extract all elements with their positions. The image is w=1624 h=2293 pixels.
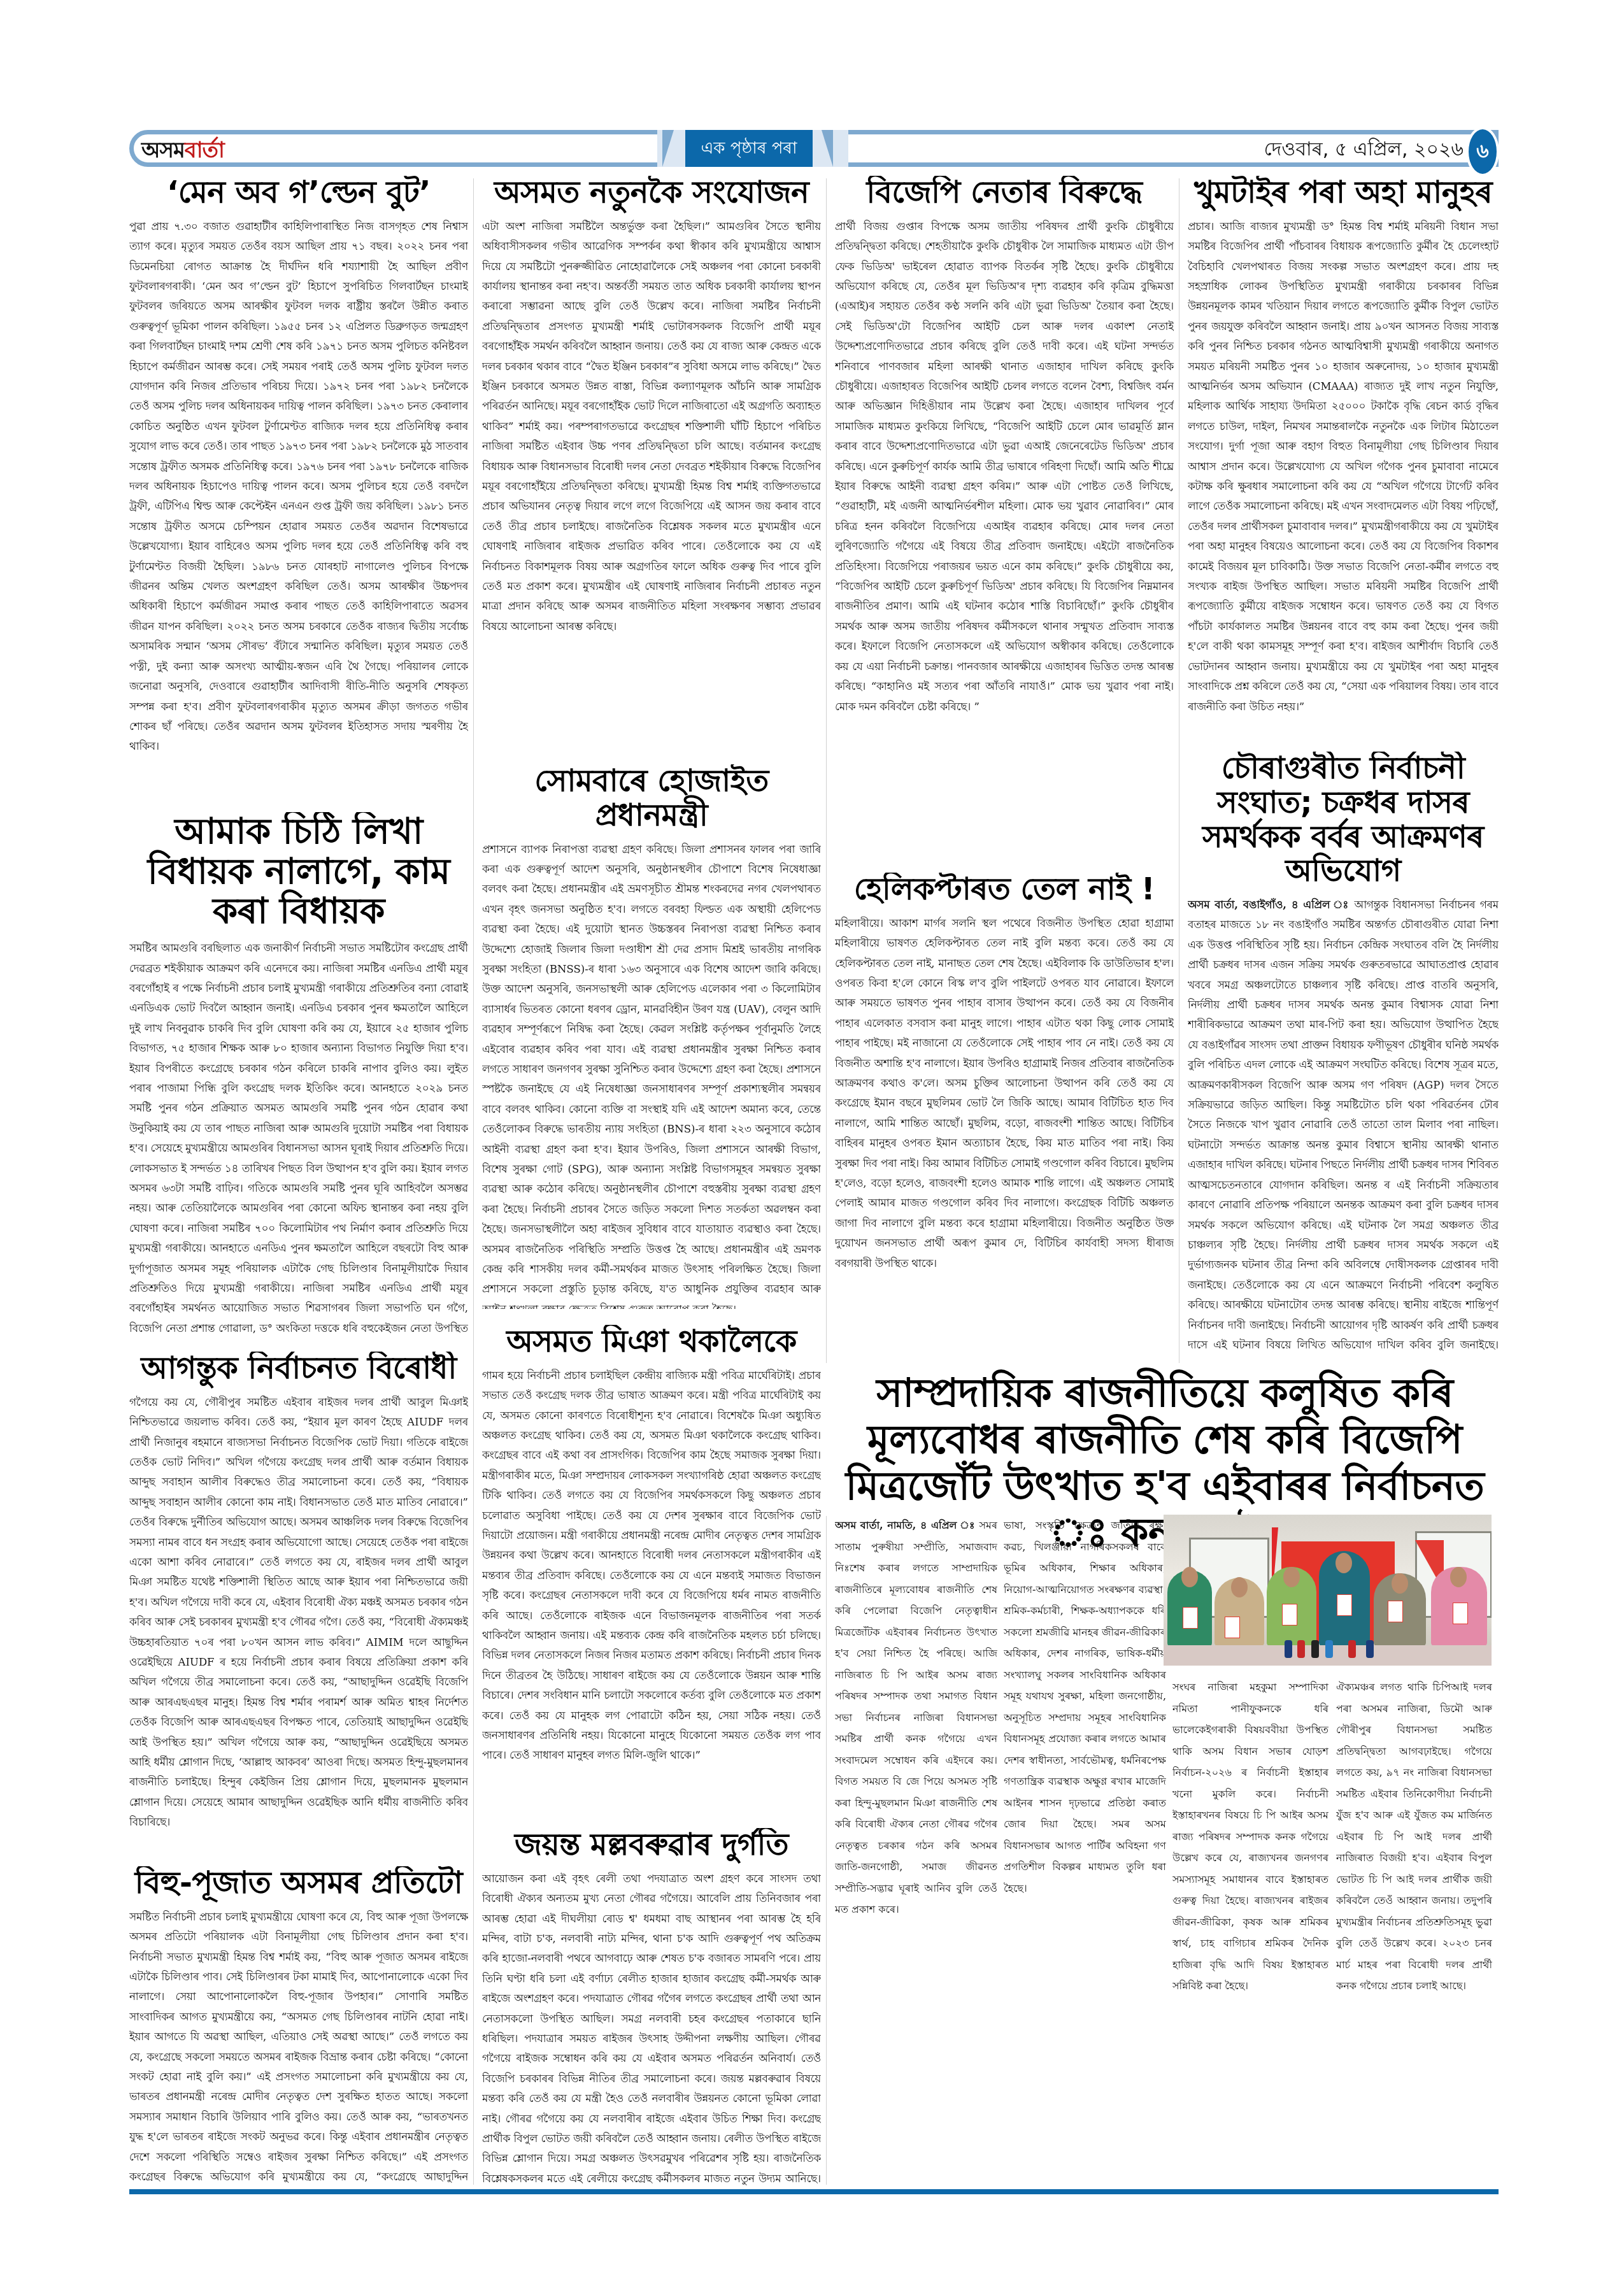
microphone xyxy=(1285,1640,1292,1658)
column-divider xyxy=(826,178,827,1363)
article-khumtai: খুমটাইৰ পৰা অহা মানুহৰ প্ৰচাৰ। আজি ৰাজ্য… xyxy=(1188,176,1499,749)
article-text: সমৰ সাতাম পুৰুষীয়া সম্প্ৰীতি, সমাজবাদ ন… xyxy=(835,1519,997,1915)
footer-bar xyxy=(129,2189,1499,2194)
article-mla-letters: আমাক চিঠি লিখা বিধায়ক নালাগে, কাম কৰা ব… xyxy=(129,812,468,1334)
tab-wedge-right xyxy=(822,130,833,167)
article-golden-boot: ‘মেন অব গ’ল্ডেন বুট’ পুৱা প্ৰায় ৭.৩০ বজ… xyxy=(129,176,468,794)
column-divider xyxy=(1179,178,1179,1363)
article-body: অসম বাৰ্তা, নামতি, ৪ এপ্ৰিল ঃ সমৰ সাতাম … xyxy=(835,1515,997,1920)
headline: আমাক চিঠি লিখা বিধায়ক নালাগে, কাম কৰা ব… xyxy=(129,812,468,932)
article-new-addition: অসমত নতুনকৈ সংযোজন এটা অংশ নাজিৰা সমষ্টি… xyxy=(482,176,821,749)
article-body: ভাষা, সংস্কৃতি ক্ষেত্ৰত জাতীয় ৰক্ষা কৱচ… xyxy=(1004,1515,1166,1899)
microphone xyxy=(1297,1640,1305,1658)
person-head xyxy=(1450,1567,1467,1587)
manifesto-pamphlet xyxy=(1388,1601,1403,1622)
tab-wedge-left xyxy=(662,130,674,167)
manifesto-pamphlet xyxy=(1282,1604,1297,1625)
article-miya: অসমত মিঞা থকালৈকে গামৰ হয়ে নিৰ্বাচনী প্… xyxy=(482,1325,821,1809)
dateline: অসম বাৰ্তা, নামতি, ৪ এপ্ৰিল ঃ xyxy=(835,1519,975,1531)
article-body: এটা অংশ নাজিৰা সমষ্টিলৈ অন্তৰ্ভুক্ত কৰা … xyxy=(482,217,821,637)
manifesto-pamphlet xyxy=(1183,1607,1198,1629)
article-body: আয়োজন কৰা এই বৃহৎ ৰেলী তথা পদযাত্ৰাত অং… xyxy=(482,1869,821,2188)
kanak-subcolumn-4: ঐক্যমঞ্চৰ লগত থাকি চিপিআই দলৰ পৰা অসমৰ ন… xyxy=(1336,1676,1492,2186)
headline: অসমত নতুনকৈ সংযোজন xyxy=(482,176,821,210)
person-head xyxy=(1231,1577,1248,1597)
headline: আগন্তুক নিৰ্বাচনত বিৰোধী xyxy=(129,1352,468,1386)
article-body: মহিলাৰীয়ে। আকাশ মাৰ্গৰ সলনি স্থল পথেৰে … xyxy=(835,913,1174,1273)
article-body: প্ৰশাসনে ব্যাপক নিৰাপত্তা ব্যৱস্থা গ্ৰহণ… xyxy=(482,839,821,1310)
kanak-subcolumn-2: ভাষা, সংস্কৃতি ক্ষেত্ৰত জাতীয় ৰক্ষা কৱচ… xyxy=(1004,1515,1166,2187)
headline: ‘মেন অব গ’ল্ডেন বুট’ xyxy=(129,176,468,210)
kanak-subcolumn-1: অসম বাৰ্তা, নামতি, ৪ এপ্ৰিল ঃ সমৰ সাতাম … xyxy=(835,1515,997,2187)
microphone xyxy=(1348,1640,1356,1658)
brand-logo: অসমবাৰ্তা xyxy=(141,137,224,164)
microphone xyxy=(1366,1640,1374,1658)
column-divider xyxy=(473,178,474,2185)
brand-part-2: বাৰ্তা xyxy=(185,138,224,163)
headline: সোমবাৰে হোজাইত প্ৰধানমন্ত্ৰী xyxy=(482,764,821,833)
person-head xyxy=(1336,1553,1352,1573)
article-body: অসম বাৰ্তা, বঙাইগাঁও, ৪ এপ্ৰিল ঃ আগন্তুক… xyxy=(1188,895,1499,1357)
article-body: ঐক্যমঞ্চৰ লগত থাকি চিপিআই দলৰ পৰা অসমৰ ন… xyxy=(1336,1676,1492,1997)
headline: অসমত মিঞা থকালৈকে xyxy=(482,1325,821,1359)
article-text: আগন্তুক বিধানসভা নিৰ্বাচনৰ গৰম বতাহৰ মাজ… xyxy=(1188,899,1499,1357)
manifesto-pamphlet xyxy=(1337,1594,1352,1616)
article-body: সংঘৰ নাজিৰা মহকুমা সম্পাদিকা নমিতা পানীফ… xyxy=(1172,1676,1328,1997)
person-head xyxy=(1283,1567,1300,1587)
newspaper-page: অসমবাৰ্তা এক পৃষ্ঠাৰ পৰা দেওবাৰ, ৫ এপ্ৰি… xyxy=(129,127,1499,2194)
article-jayanta: জয়ন্ত মল্লবৰুৱাৰ দুৰ্গতি আয়োজন কৰা এই … xyxy=(482,1828,821,2188)
masthead: অসমবাৰ্তা এক পৃষ্ঠাৰ পৰা দেওবাৰ, ৫ এপ্ৰি… xyxy=(129,130,1499,167)
dateline: অসম বাৰ্তা, বঙাইগাঁও, ৪ এপ্ৰিল ঃ xyxy=(1188,899,1350,911)
article-body: সমষ্টিৰ আমগুৰি বৰছিলাত এক জনাকীৰ্ণ নিৰ্ব… xyxy=(129,938,468,1334)
headline: বিজেপি নেতাৰ বিৰুদ্ধে xyxy=(835,176,1174,210)
article-helicopter: হেলিকপ্টাৰত তেল নাই ! মহিলাৰীয়ে। আকাশ ম… xyxy=(835,873,1174,1357)
article-bihu-puja: বিহু-পূজাত অসমৰ প্ৰতিটো সমষ্টিত নিৰ্বাচন… xyxy=(129,1866,468,2188)
issue-date: দেওবাৰ, ৫ এপ্ৰিল, ২০২৬ xyxy=(1264,136,1464,164)
column-divider xyxy=(826,1516,827,2185)
brand-part-1: অসম xyxy=(141,138,185,163)
article-body: প্ৰচাৰ। আজি ৰাজ্যৰ মুখ্যমন্ত্ৰী ড° হিমন্… xyxy=(1188,217,1499,717)
article-body: পুৱা প্ৰায় ৭.৩০ বজাত গুৱাহাটীৰ কাহিলিপা… xyxy=(129,217,468,757)
article-body: গগৈয়ে কয় যে, গৌৰীপুৰ সমষ্টিত এইবাৰ ৰাই… xyxy=(129,1392,468,1832)
person-head xyxy=(1181,1567,1198,1587)
person-head xyxy=(1392,1573,1408,1594)
kanak-subcolumn-3: সংঘৰ নাজিৰা মহকুমা সম্পাদিকা নমিতা পানীফ… xyxy=(1172,1676,1328,2186)
headline: হেলিকপ্টাৰত তেল নাই ! xyxy=(835,873,1174,907)
article-body: সমষ্টিত নিৰ্বাচনী প্ৰচাৰ চলাই মুখ্যমন্ত্… xyxy=(129,1907,468,2188)
manifesto-pamphlet xyxy=(1453,1603,1468,1624)
article-bjp-leader: বিজেপি নেতাৰ বিৰুদ্ধে প্ৰাৰ্থী বিজয় গুপ… xyxy=(835,176,1174,870)
press-conference-photo xyxy=(1164,1515,1492,1666)
article-body: প্ৰাৰ্থী বিজয় গুপ্তাৰ বিপক্ষে অসম জাতীয… xyxy=(835,217,1174,717)
manifesto-pamphlet xyxy=(1225,1617,1240,1638)
headline: খুমটাইৰ পৰা অহা মানুহৰ xyxy=(1188,176,1499,210)
article-body: গামৰ হয়ে নিৰ্বাচনী প্ৰচাৰ চলাইছিল কেন্দ… xyxy=(482,1366,821,1766)
page-number-badge: ৬ xyxy=(1466,127,1499,176)
headline: চৌৰাগুৰীত নিৰ্বাচনী সংঘাত; চক্ৰধৰ দাসৰ স… xyxy=(1188,752,1499,889)
section-tab: এক পৃষ্ঠাৰ পৰা xyxy=(685,130,813,167)
headline: জয়ন্ত মল্লবৰুৱাৰ দুৰ্গতি xyxy=(482,1828,821,1862)
article-chowraguri: চৌৰাগুৰীত নিৰ্বাচনী সংঘাত; চক্ৰধৰ দাসৰ স… xyxy=(1188,752,1499,1357)
article-opposition: আগন্তুক নিৰ্বাচনত বিৰোধী গগৈয়ে কয় যে, … xyxy=(129,1352,468,1855)
microphone xyxy=(1311,1640,1319,1658)
article-pm-hojai: সোমবাৰে হোজাইত প্ৰধানমন্ত্ৰী প্ৰশাসনে ব্… xyxy=(482,764,821,1309)
microphone xyxy=(1325,1640,1333,1658)
headline: বিহু-পূজাত অসমৰ প্ৰতিটো xyxy=(129,1866,468,1901)
